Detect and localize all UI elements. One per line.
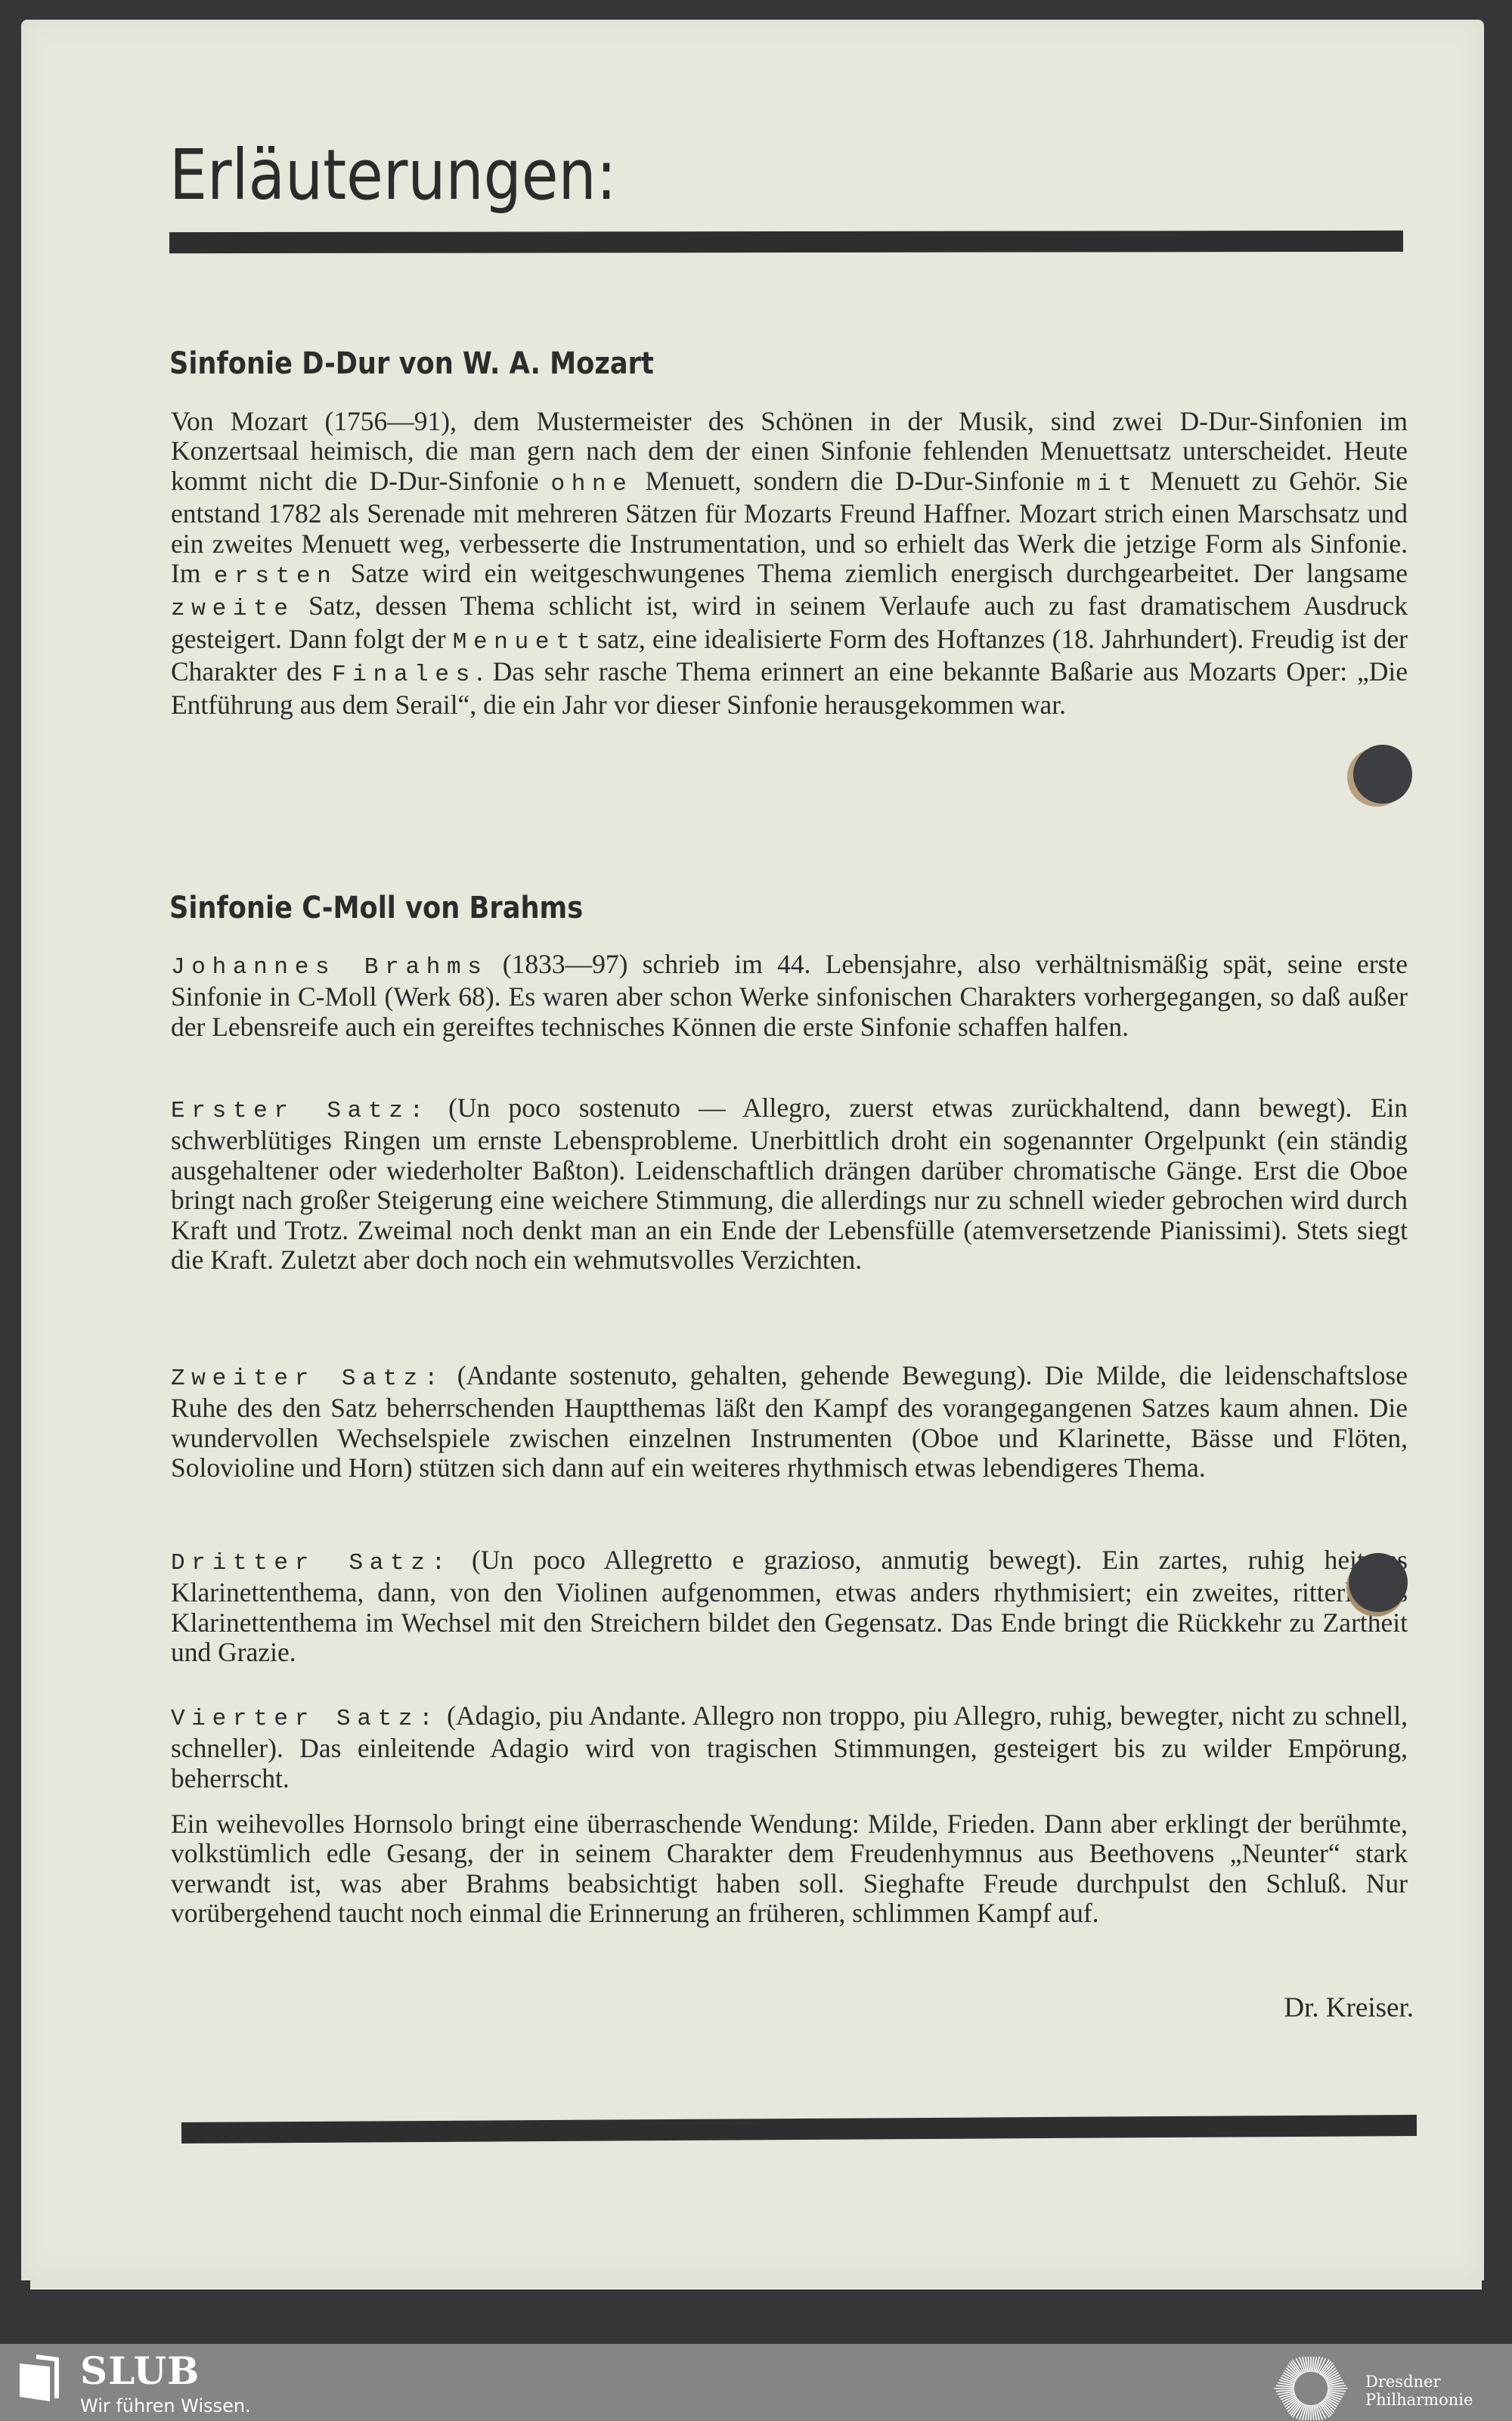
emphasized-text: Zweiter Satz: <box>171 1365 445 1392</box>
top-divider-rule <box>169 231 1403 253</box>
radiant-hexagon-icon[interactable] <box>1270 2354 1352 2421</box>
emphasized-text: Menuett <box>453 629 597 656</box>
emphasized-text: zweite <box>171 596 295 622</box>
author-signature: Dr. Kreiser. <box>1284 1992 1414 2024</box>
page-title: Erläuterungen: <box>169 135 616 215</box>
section-heading-brahms: Sinfonie C-Moll von Brahms <box>169 891 583 925</box>
brahms-finale-paragraph: Ein weihevolles Hornsolo bringt eine übe… <box>171 1809 1408 1929</box>
slub-tagline: Wir führen Wissen. <box>80 2395 251 2416</box>
brahms-movement-3-paragraph: Dritter Satz: (Un poco Allegretto e graz… <box>171 1545 1408 1668</box>
logo-line-2: Philharmonie <box>1365 2391 1473 2409</box>
book-pages-icon <box>20 2354 61 2401</box>
punch-hole-icon <box>1349 1553 1408 1612</box>
punch-hole-icon <box>1353 745 1412 804</box>
footer-bar: SLUB Wir führen Wissen. DresdnerPhilharm… <box>0 2344 1512 2421</box>
emphasized-text: Erster Satz: <box>171 1098 430 1124</box>
logo-line-1: Dresdner <box>1365 2373 1441 2391</box>
emphasized-text: ohne <box>550 471 633 498</box>
emphasized-text: ersten <box>214 563 338 590</box>
mozart-paragraph: Von Mozart (1756—91), dem Mustermeister … <box>171 407 1408 720</box>
dresdner-philharmonie-logo-text[interactable]: DresdnerPhilharmonie <box>1365 2373 1473 2409</box>
brahms-movement-4-paragraph: Vierter Satz: (Adagio, piu Andante. Alle… <box>171 1701 1408 1793</box>
section-heading-mozart: Sinfonie D-Dur von W. A. Mozart <box>169 346 654 381</box>
brahms-movement-2-paragraph: Zweiter Satz: (Andante sostenuto, gehalt… <box>171 1361 1408 1483</box>
emphasized-text: Johannes Brahms <box>171 954 488 981</box>
emphasized-text: mit <box>1077 471 1139 498</box>
brahms-intro-paragraph: Johannes Brahms (1833—97) schrieb im 44.… <box>171 950 1408 1042</box>
emphasized-text: Vierter Satz: <box>171 1706 439 1732</box>
slub-logo-text[interactable]: SLUB <box>80 2348 200 2393</box>
emphasized-text: Dritter Satz: <box>171 1550 452 1576</box>
emphasized-text: Finales <box>332 662 476 688</box>
brahms-movement-1-paragraph: Erster Satz: (Un poco sostenuto — Allegr… <box>171 1093 1408 1275</box>
